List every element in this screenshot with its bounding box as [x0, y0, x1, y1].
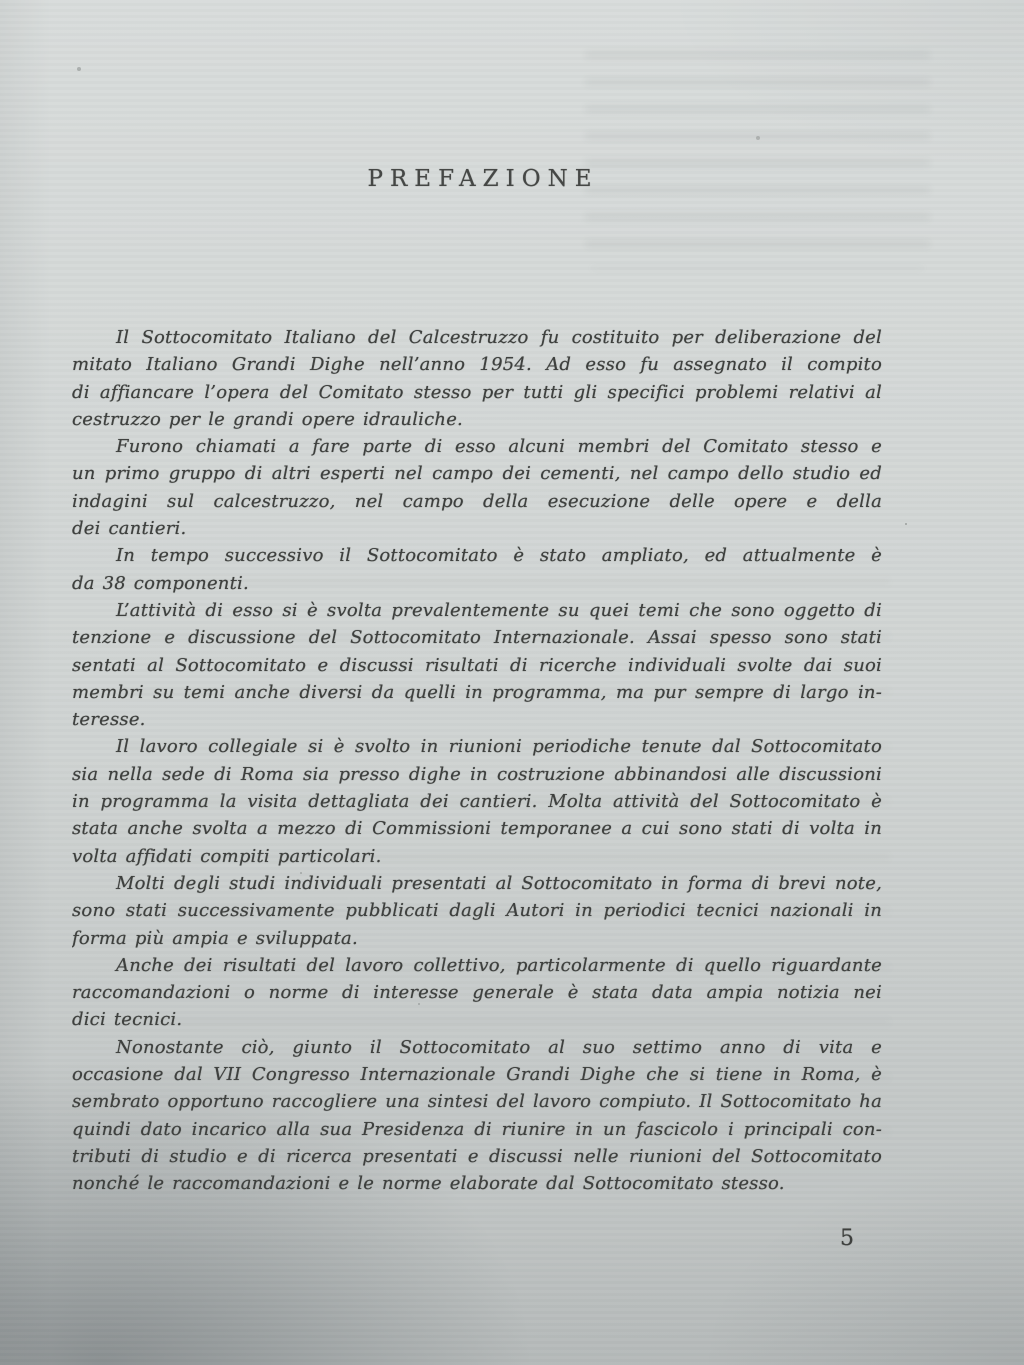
text-line: cestruzzo per le grandi opere idrauliche…: [72, 406, 882, 433]
bleed-through-text-top: [585, 42, 930, 270]
text-line: volta affidati compiti particolari.: [72, 843, 882, 870]
book-page-photo: PREFAZIONE Il Sottocomitato Italiano del…: [0, 0, 1024, 1365]
text-line: Anche dei risultati del lavoro collettiv…: [72, 952, 882, 979]
text-line: sono stati successivamente pubblicati da…: [72, 897, 882, 924]
text-line: Molti degli studi individuali presentati…: [72, 870, 882, 897]
text-line: raccomandazioni o norme di interesse gen…: [72, 979, 882, 1006]
paragraph: In tempo successivo il Sottocomitato è s…: [72, 542, 882, 597]
text-line: tenzione e discussione del Sottocomitato…: [72, 624, 882, 651]
paragraph: Il Sottocomitato Italiano del Calcestruz…: [72, 324, 882, 433]
text-line: Nonostante ciò, giunto il Sottocomitato …: [72, 1034, 882, 1061]
text-line: in programma la visita dettagliata dei c…: [72, 788, 882, 815]
text-line: mitato Italiano Grandi Dighe nell’anno 1…: [72, 351, 882, 378]
text-line: membri su temi anche diversi da quelli i…: [72, 679, 882, 706]
paragraph: Nonostante ciò, giunto il Sottocomitato …: [72, 1034, 882, 1198]
text-line: un primo gruppo di altri esperti nel cam…: [72, 460, 882, 487]
text-line: Il Sottocomitato Italiano del Calcestruz…: [72, 324, 882, 351]
text-line: occasione dal VII Congresso Internaziona…: [72, 1061, 882, 1088]
text-line: nonché le raccomandazioni e le norme ela…: [72, 1170, 882, 1197]
paragraph: Molti degli studi individuali presentati…: [72, 870, 882, 952]
text-line: da 38 componenti.: [72, 570, 882, 597]
paper-dust-specks: [0, 0, 2, 2]
paragraph: Il lavoro collegiale si è svolto in riun…: [72, 733, 882, 869]
text-line: sentati al Sottocomitato e discussi risu…: [72, 652, 882, 679]
page-number: 5: [840, 1226, 855, 1251]
preface-text: Il Sottocomitato Italiano del Calcestruz…: [72, 324, 882, 1198]
text-line: quindi dato incarico alla sua Presidenza…: [72, 1116, 882, 1143]
text-line: stata anche svolta a mezzo di Commission…: [72, 815, 882, 842]
text-line: di affiancare l’opera del Comitato stess…: [72, 379, 882, 406]
paragraph: Furono chiamati a fare parte di esso alc…: [72, 433, 882, 542]
text-line: L’attività di esso si è svolta prevalent…: [72, 597, 882, 624]
text-line: sia nella sede di Roma sia presso dighe …: [72, 761, 882, 788]
text-line: indagini sul calcestruzzo, nel campo del…: [72, 488, 882, 515]
paragraph: Anche dei risultati del lavoro collettiv…: [72, 952, 882, 1034]
text-line: forma più ampia e sviluppata.: [72, 925, 882, 952]
text-line: teresse.: [72, 706, 882, 733]
text-line: tributi di studio e di ricerca presentat…: [72, 1143, 882, 1170]
text-line: Il lavoro collegiale si è svolto in riun…: [72, 733, 882, 760]
text-line: dici tecnici.: [72, 1006, 882, 1033]
text-line: dei cantieri.: [72, 515, 882, 542]
text-line: Furono chiamati a fare parte di esso alc…: [72, 433, 882, 460]
text-line: In tempo successivo il Sottocomitato è s…: [72, 542, 882, 569]
paragraph: L’attività di esso si è svolta prevalent…: [72, 597, 882, 733]
page-title: PREFAZIONE: [70, 166, 889, 192]
text-line: sembrato opportuno raccogliere una sinte…: [72, 1088, 882, 1115]
